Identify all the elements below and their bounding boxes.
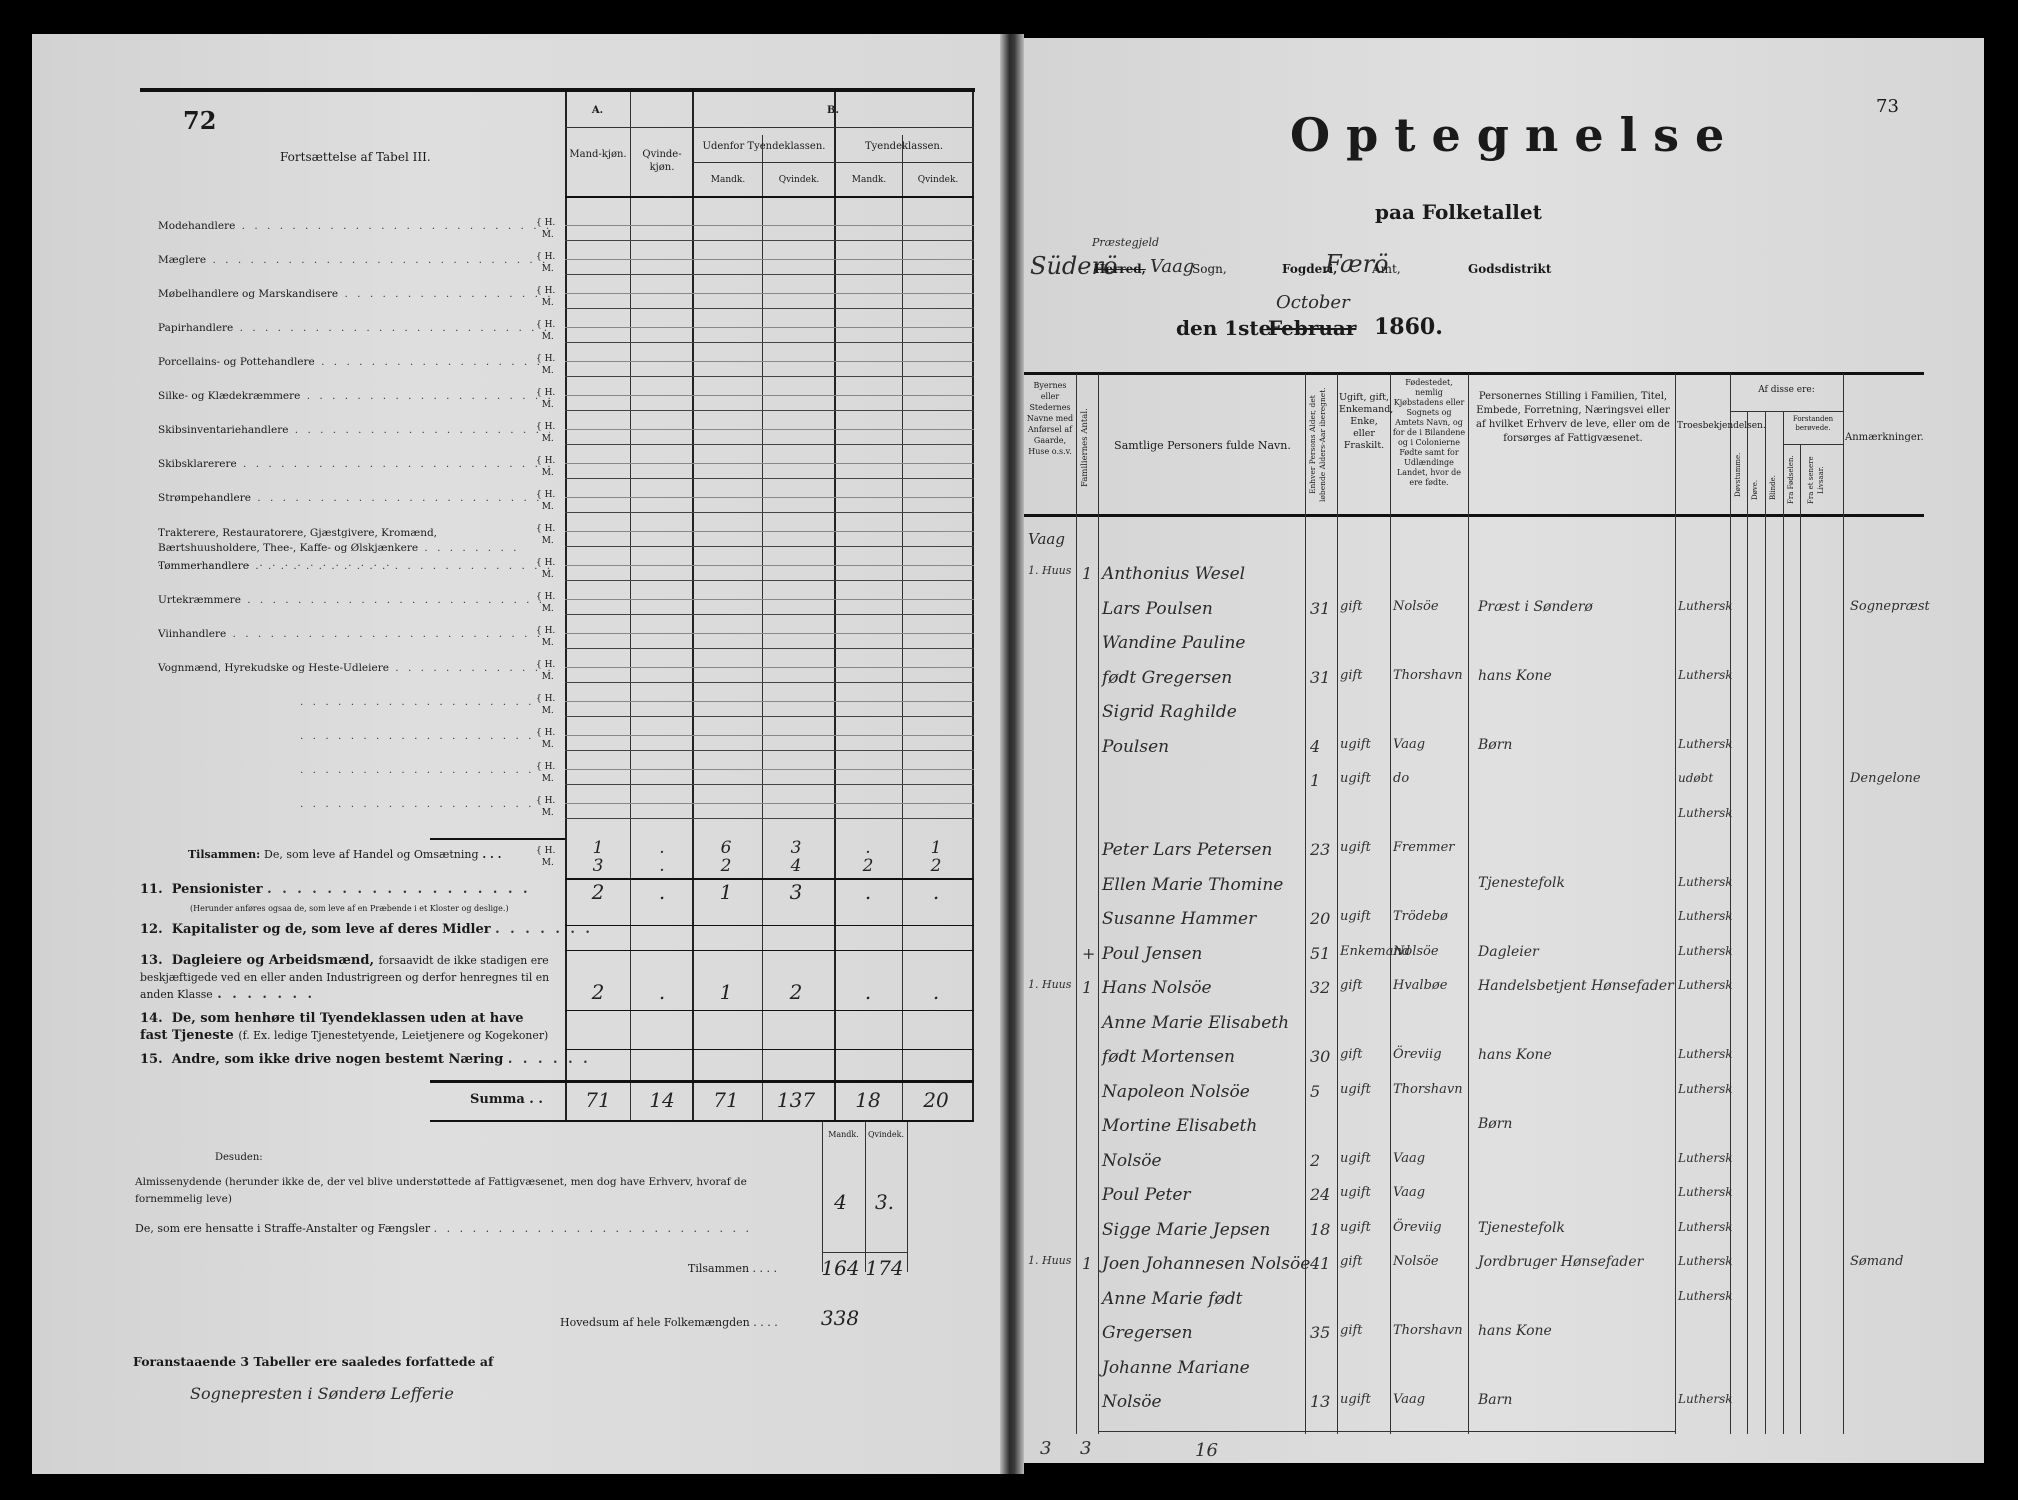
col-place: Byernes eller Stedernes Navne med Anførs… — [1024, 380, 1076, 457]
occupation-label: Skibsklarerere — [158, 458, 237, 470]
occupation-row: Skibsinventariehandlere . . . . . . . . … — [158, 424, 550, 436]
hm-marker: { H. M. — [536, 591, 555, 615]
person-name: Sigrid Raghilde — [1102, 702, 1237, 722]
hm-marker: { H. M. — [536, 625, 555, 649]
page-number-right: 73 — [1876, 96, 1899, 117]
position-cell: Jordbruger Hønsefader — [1478, 1254, 1643, 1270]
birthplace-cell: Vaag — [1393, 1392, 1425, 1407]
col-later-age: Fra et senere Livsaar. — [1806, 450, 1836, 510]
age-cell: 32 — [1310, 978, 1330, 997]
category-value: . — [838, 880, 898, 904]
col-b2-female: Qvindek. — [904, 174, 972, 187]
faith-cell: Luthersk — [1678, 1220, 1733, 1234]
col-birthplace: Fødestedet, nemlig Kjøbstadens eller Sog… — [1391, 378, 1467, 488]
category-value: 2 — [766, 980, 826, 1004]
person-name: Napoleon Nolsöe — [1102, 1082, 1250, 1102]
faith-cell: udøbt — [1678, 771, 1713, 785]
tilsammen-value: 1 — [906, 838, 966, 858]
hm-marker: { H. M. — [536, 761, 555, 785]
position-cell: Handelsbetjent Hønsefader — [1478, 978, 1674, 994]
tilsammen-value: 2 — [696, 856, 756, 876]
category-value: 3 — [766, 880, 826, 904]
person-name: født Gregersen — [1102, 668, 1232, 688]
col-b-outside-servants: Udenfor Tyendeklassen. — [694, 140, 834, 153]
family-count-cell: + — [1082, 944, 1095, 963]
remark-cell: Sognepræst — [1850, 599, 1930, 614]
faith-cell: Luthersk — [1678, 599, 1733, 613]
faith-cell: Luthersk — [1678, 1151, 1733, 1165]
hovedsum-value: 338 — [810, 1306, 870, 1330]
category-14: 14. De, som henhøre til Tyendeklassen ud… — [140, 1010, 550, 1044]
birthplace-cell: Thorshavn — [1393, 668, 1463, 683]
civil-status-cell: ugift — [1340, 909, 1371, 924]
category-11: 11. Pensionister . . . . . . . . . . . .… — [140, 882, 531, 897]
tilsammen-value: . — [632, 838, 692, 858]
person-name: Gregersen — [1102, 1323, 1193, 1343]
tilsammen-value: . — [632, 856, 692, 876]
date-prefix: den 1ste — [1176, 316, 1271, 340]
col-b-servants: Tyendeklassen. — [836, 140, 972, 153]
summa-value: 18 — [838, 1088, 898, 1112]
hm-marker: { H. M. — [536, 285, 555, 309]
col-full-name: Samtlige Personers fulde Navn. — [1100, 440, 1305, 452]
age-cell: 41 — [1310, 1254, 1330, 1273]
category-value: 2 — [568, 880, 628, 904]
birthplace-cell: Nolsöe — [1393, 599, 1439, 614]
tilsammen-value: . — [838, 838, 898, 858]
occupation-label: Modehandlere — [158, 220, 235, 232]
age-cell: 5 — [1310, 1082, 1320, 1101]
table-title: Fortsættelse af Tabel III. — [280, 150, 431, 164]
occupation-row: Porcellains- og Pottehandlere . . . . . … — [158, 356, 550, 368]
page-subtitle: paa Folketallet — [1375, 200, 1542, 224]
birthplace-cell: Vaag — [1393, 1151, 1425, 1166]
date-year: 1860. — [1374, 314, 1443, 340]
person-name: Poul Peter — [1102, 1185, 1191, 1205]
occupation-label: Vognmænd, Hyrekudske og Heste-Udleiere — [158, 662, 389, 674]
faith-cell: Luthersk — [1678, 944, 1733, 958]
almisse-female: 3. — [862, 1190, 907, 1214]
desuden-col-female: Qvindek. — [865, 1128, 907, 1141]
age-cell: 20 — [1310, 909, 1330, 928]
tilsammen-value: 4 — [766, 856, 826, 876]
almisse-label: Almissenydende (herunder ikke de, der ve… — [135, 1174, 815, 1208]
age-cell: 18 — [1310, 1220, 1330, 1239]
faith-cell: Luthersk — [1678, 909, 1733, 923]
age-cell: 13 — [1310, 1392, 1330, 1411]
desuden-label: Desuden: — [215, 1152, 263, 1163]
col-faith: Troesbekjendelsen. — [1677, 420, 1729, 432]
tilsammen-value: 6 — [696, 838, 756, 858]
category-value: 1 — [696, 980, 756, 1004]
category-value: 1 — [696, 880, 756, 904]
almisse-male: 4 — [818, 1190, 863, 1214]
civil-status-cell: gift — [1340, 1047, 1363, 1062]
faith-cell: Luthersk — [1678, 1082, 1733, 1096]
position-cell: Børn — [1478, 737, 1512, 753]
book-gutter — [1000, 34, 1024, 1474]
desuden-col-male: Mandk. — [822, 1128, 865, 1141]
page-title: Optegnelse — [1290, 108, 1740, 162]
occupation-row: Skibsklarerere . . . . . . . . . . . . .… — [158, 458, 550, 470]
total-families: 3 — [1080, 1438, 1091, 1459]
col-families: Familiernes Antal. — [1080, 388, 1094, 508]
sogn-value: Vaag — [1150, 256, 1194, 277]
civil-status-cell: ugift — [1340, 1220, 1371, 1235]
person-name: Sigge Marie Jepsen — [1102, 1220, 1270, 1240]
birthplace-cell: Vaag — [1393, 1185, 1425, 1200]
occupation-row: . . . . . . . . . . . . . . . . . . . . … — [300, 730, 535, 742]
person-name: Poulsen — [1102, 737, 1169, 757]
hm-marker: { H. M. — [536, 659, 555, 683]
occupation-label: Strømpehandlere — [158, 492, 251, 504]
civil-status-cell: ugift — [1340, 1151, 1371, 1166]
top-rule — [140, 88, 975, 92]
civil-status-cell: ugift — [1340, 771, 1371, 786]
civil-status-cell: ugift — [1340, 1185, 1371, 1200]
faith-cell: Luthersk — [1678, 1254, 1733, 1268]
position-cell: Præst i Sønderø — [1478, 599, 1593, 615]
hm-marker: { H. M. — [536, 795, 555, 819]
date-month-handwritten: October — [1276, 292, 1350, 313]
hm-marker: { H. M. — [536, 489, 555, 513]
hm-marker: { H. M. — [536, 217, 555, 241]
person-name: Nolsöe — [1102, 1392, 1162, 1412]
person-name: Johanne Mariane — [1102, 1358, 1250, 1378]
birthplace-cell: Nolsöe — [1393, 1254, 1439, 1269]
remark-cell: Dengelone — [1850, 771, 1921, 786]
age-cell: 4 — [1310, 737, 1320, 756]
col-a-male: Mand-kjøn. — [567, 148, 629, 161]
occupation-row: Vognmænd, Hyrekudske og Heste-Udleiere .… — [158, 662, 550, 674]
civil-status-cell: gift — [1340, 668, 1363, 683]
summa-value: 20 — [906, 1088, 966, 1112]
person-name: Lars Poulsen — [1102, 599, 1213, 619]
summa-value: 14 — [632, 1088, 692, 1112]
occupation-label: Papirhandlere — [158, 322, 233, 334]
age-cell: 30 — [1310, 1047, 1330, 1066]
occupation-row: Papirhandlere . . . . . . . . . . . . . … — [158, 322, 550, 334]
remark-cell: Sømand — [1850, 1254, 1904, 1269]
amt-label: Amt, — [1372, 262, 1401, 276]
hm-marker: { H. M. — [536, 693, 555, 717]
category-13: 13. Dagleiere og Arbeidsmænd, forsaavidt… — [140, 952, 550, 1003]
occupation-label: Silke- og Klædekræmmere — [158, 390, 300, 402]
family-count-cell: 1 — [1082, 1254, 1092, 1273]
category-value: . — [838, 980, 898, 1004]
total-places: 3 — [1040, 1438, 1051, 1459]
family-count-cell: 1 — [1082, 978, 1092, 997]
position-cell: Dagleier — [1478, 944, 1539, 960]
col-position: Personernes Stilling i Familien, Titel, … — [1474, 390, 1672, 446]
position-cell: hans Kone — [1478, 668, 1552, 684]
birthplace-cell: Fremmer — [1393, 840, 1455, 855]
category-value: . — [632, 980, 692, 1004]
col-remarks: Anmærkninger. — [1845, 432, 1923, 444]
occupation-label: Porcellains- og Pottehandlere — [158, 356, 315, 368]
civil-status-cell: ugift — [1340, 1392, 1371, 1407]
occupation-label: Trakterere, Restauratorere, Gjæstgivere,… — [158, 527, 437, 554]
hm-marker: { H. M. — [536, 455, 555, 479]
civil-status-cell: ugift — [1340, 840, 1371, 855]
birthplace-cell: Öreviig — [1393, 1047, 1442, 1062]
hm-marker: { H. M. — [536, 557, 555, 581]
summa-value: 71 — [568, 1088, 628, 1112]
category-value: 2 — [568, 980, 628, 1004]
position-cell: hans Kone — [1478, 1323, 1552, 1339]
godsdistrikt-label: Godsdistrikt — [1468, 262, 1551, 276]
col-deaf: Døve. — [1750, 470, 1763, 510]
col-from-birth: Fra Fødselen. — [1786, 450, 1798, 510]
col-of-these: Af disse ere: — [1730, 384, 1843, 396]
civil-status-cell: gift — [1340, 1254, 1363, 1269]
col-insane: Forstanden berøvede. — [1784, 415, 1842, 433]
civil-status-cell: ugift — [1340, 1082, 1371, 1097]
person-name: Anthonius Wesel — [1102, 564, 1245, 584]
summa-value: 137 — [766, 1088, 826, 1112]
occupation-label: Urtekræmmere — [158, 594, 241, 606]
person-name: Poul Jensen — [1102, 944, 1202, 964]
faith-cell: Luthersk — [1678, 875, 1733, 889]
occupation-row: Urtekræmmere . . . . . . . . . . . . . .… — [158, 594, 550, 606]
person-name: Peter Lars Petersen — [1102, 840, 1272, 860]
tilsammen-desc: De, som leve af Handel og Omsætning — [264, 848, 478, 861]
place-cell: 1. Huus — [1028, 1254, 1071, 1267]
faith-cell: Luthersk — [1678, 1289, 1733, 1303]
summa-value: 71 — [696, 1088, 756, 1112]
col-civil-status: Ugift, gift, Enkemand, Enke, eller Frask… — [1339, 392, 1389, 452]
col-b1-female: Qvindek. — [764, 174, 834, 187]
hm-marker: { H. M. — [536, 387, 555, 411]
col-age: Enhver Persons Alder, det løbende Alders… — [1308, 380, 1334, 510]
birthplace-cell: Vaag — [1393, 737, 1425, 752]
category-value: . — [906, 880, 966, 904]
category-12: 12. Kapitalister og de, som leve af dere… — [140, 922, 593, 937]
position-cell: hans Kone — [1478, 1047, 1552, 1063]
faith-cell: Luthersk — [1678, 1392, 1733, 1406]
tilsammen-value: 1 — [568, 838, 628, 858]
age-cell: 1 — [1310, 771, 1320, 790]
person-name: Anne Marie Elisabeth — [1102, 1013, 1289, 1033]
divider — [430, 1120, 974, 1122]
hm-marker: { H. M. — [536, 727, 555, 751]
person-name: Anne Marie født — [1102, 1289, 1242, 1309]
summa-label: Summa . . — [470, 1092, 543, 1107]
place-cell: 1. Huus — [1028, 564, 1071, 577]
birthplace-cell: Thorshavn — [1393, 1082, 1463, 1097]
civil-status-cell: ugift — [1340, 737, 1371, 752]
sogn-label: Sogn, — [1192, 262, 1227, 276]
age-cell: 31 — [1310, 668, 1330, 687]
hm-marker: { H. M. — [536, 523, 555, 547]
tilsammen2-label: Tilsammen . . . . — [688, 1262, 777, 1275]
hm-marker: { H. M. — [536, 421, 555, 445]
occupation-label: Skibsinventariehandlere — [158, 424, 288, 436]
occupation-row: . . . . . . . . . . . . . . . . . . . . … — [300, 798, 535, 810]
occupation-row: Møbelhandlere og Marskandisere . . . . .… — [158, 288, 550, 300]
birthplace-cell: Nolsöe — [1393, 944, 1439, 959]
occupation-row: . . . . . . . . . . . . . . . . . . . . … — [300, 764, 535, 776]
tilsammen-value: 2 — [838, 856, 898, 876]
civil-status-cell: gift — [1340, 978, 1363, 993]
position-cell: Barn — [1478, 1392, 1512, 1408]
age-cell: 2 — [1310, 1151, 1320, 1170]
faith-cell: Luthersk — [1678, 668, 1733, 682]
occupation-row: . . . . . . . . . . . . . . . . . . . . … — [300, 696, 535, 708]
position-cell: Børn — [1478, 1116, 1512, 1132]
occupation-label: Mæglere — [158, 254, 206, 266]
group-b-header: B. — [692, 104, 974, 117]
tilsammen-label: Tilsammen: — [188, 848, 260, 861]
place-cell: 1. Huus — [1028, 978, 1071, 991]
civil-status-cell: gift — [1340, 599, 1363, 614]
col-deafmute: Døvstumme. — [1733, 440, 1746, 510]
col-a-female: Qvinde-kjøn. — [632, 148, 692, 174]
place-header: Vaag — [1028, 530, 1065, 548]
occupation-row: Silke- og Klædekræmmere . . . . . . . . … — [158, 390, 550, 402]
col-b2-male: Mandk. — [836, 174, 902, 187]
tilsammen-hm: { H. M. — [536, 845, 555, 869]
position-cell: Tjenestefolk — [1478, 875, 1565, 891]
category-value: . — [906, 980, 966, 1004]
hm-marker: { H. M. — [536, 251, 555, 275]
faith-cell: Luthersk — [1678, 1185, 1733, 1199]
occupation-row: Mæglere . . . . . . . . . . . . . . . . … — [158, 254, 550, 266]
occupation-row: Viinhandlere . . . . . . . . . . . . . .… — [158, 628, 550, 640]
group-a-header: A. — [565, 104, 630, 117]
occupation-row: Tømmerhandlere . . . . . . . . . . . . .… — [158, 560, 550, 572]
category-15: 15. Andre, som ikke drive nogen bestemt … — [140, 1052, 591, 1067]
faith-cell: Luthersk — [1678, 737, 1733, 751]
faith-cell: Luthersk — [1678, 1047, 1733, 1061]
birthplace-cell: Trödebø — [1393, 909, 1448, 924]
tilsammen-value: 3 — [766, 838, 826, 858]
person-name: Nolsöe — [1102, 1151, 1162, 1171]
tilsammen2-male: 164 — [818, 1256, 863, 1280]
hovedsum-label: Hovedsum af hele Folkemængden . . . . — [560, 1316, 778, 1329]
tilsammen2-female: 174 — [862, 1256, 907, 1280]
family-count-cell: 1 — [1082, 564, 1092, 583]
age-cell: 51 — [1310, 944, 1330, 963]
total-persons: 16 — [1195, 1440, 1218, 1461]
tilsammen-row: Tilsammen: De, som leve af Handel og Oms… — [188, 848, 501, 861]
birthplace-cell: Thorshavn — [1393, 1323, 1463, 1338]
herred-label: Herred, — [1094, 262, 1146, 276]
faith-cell: Luthersk — [1678, 978, 1733, 992]
person-name: Wandine Pauline — [1102, 633, 1245, 653]
occupation-label: Tømmerhandlere — [158, 560, 249, 572]
category-value: . — [632, 880, 692, 904]
birthplace-cell: Öreviig — [1393, 1220, 1442, 1235]
col-b1-male: Mandk. — [694, 174, 762, 187]
age-cell: 23 — [1310, 840, 1330, 859]
tilsammen-value: 3 — [568, 856, 628, 876]
person-name: født Mortensen — [1102, 1047, 1235, 1067]
person-name: Ellen Marie Thomine — [1102, 875, 1283, 895]
position-cell: Tjenestefolk — [1478, 1220, 1565, 1236]
civil-status-cell: gift — [1340, 1323, 1363, 1338]
person-name: Hans Nolsöe — [1102, 978, 1212, 998]
birthplace-cell: Hvalbøe — [1393, 978, 1447, 993]
person-name: Joen Johannesen Nolsöe — [1102, 1254, 1310, 1274]
occupation-label: Møbelhandlere og Marskandisere — [158, 288, 338, 300]
hm-marker: { H. M. — [536, 353, 555, 377]
straffe-label: De, som ere hensatte i Straffe-Anstalter… — [135, 1222, 752, 1235]
age-cell: 35 — [1310, 1323, 1330, 1342]
divider — [430, 838, 565, 840]
birthplace-cell: do — [1393, 771, 1409, 786]
category-11-note: (Herunder anføres ogsaa de, som leve af … — [190, 904, 509, 913]
footer-text: Foranstaaende 3 Tabeller ere saaledes fo… — [133, 1354, 493, 1369]
tilsammen-value: 2 — [906, 856, 966, 876]
age-cell: 31 — [1310, 599, 1330, 618]
page-number-left: 72 — [183, 106, 216, 135]
person-name: Susanne Hammer — [1102, 909, 1256, 929]
date-month-struck: Februar — [1268, 316, 1356, 340]
occupation-row: Strømpehandlere . . . . . . . . . . . . … — [158, 492, 550, 504]
signature: Sognepresten i Sønderø Lefferie — [190, 1384, 454, 1403]
occupation-label: Viinhandlere — [158, 628, 226, 640]
occupation-row: Modehandlere . . . . . . . . . . . . . .… — [158, 220, 550, 232]
faith-cell: Luthersk — [1678, 806, 1733, 820]
person-name: Mortine Elisabeth — [1102, 1116, 1257, 1136]
age-cell: 24 — [1310, 1185, 1330, 1204]
herred-overwrite: Præstegjeld — [1092, 236, 1159, 249]
hm-marker: { H. M. — [536, 319, 555, 343]
col-blind: Blinde. — [1768, 465, 1781, 510]
